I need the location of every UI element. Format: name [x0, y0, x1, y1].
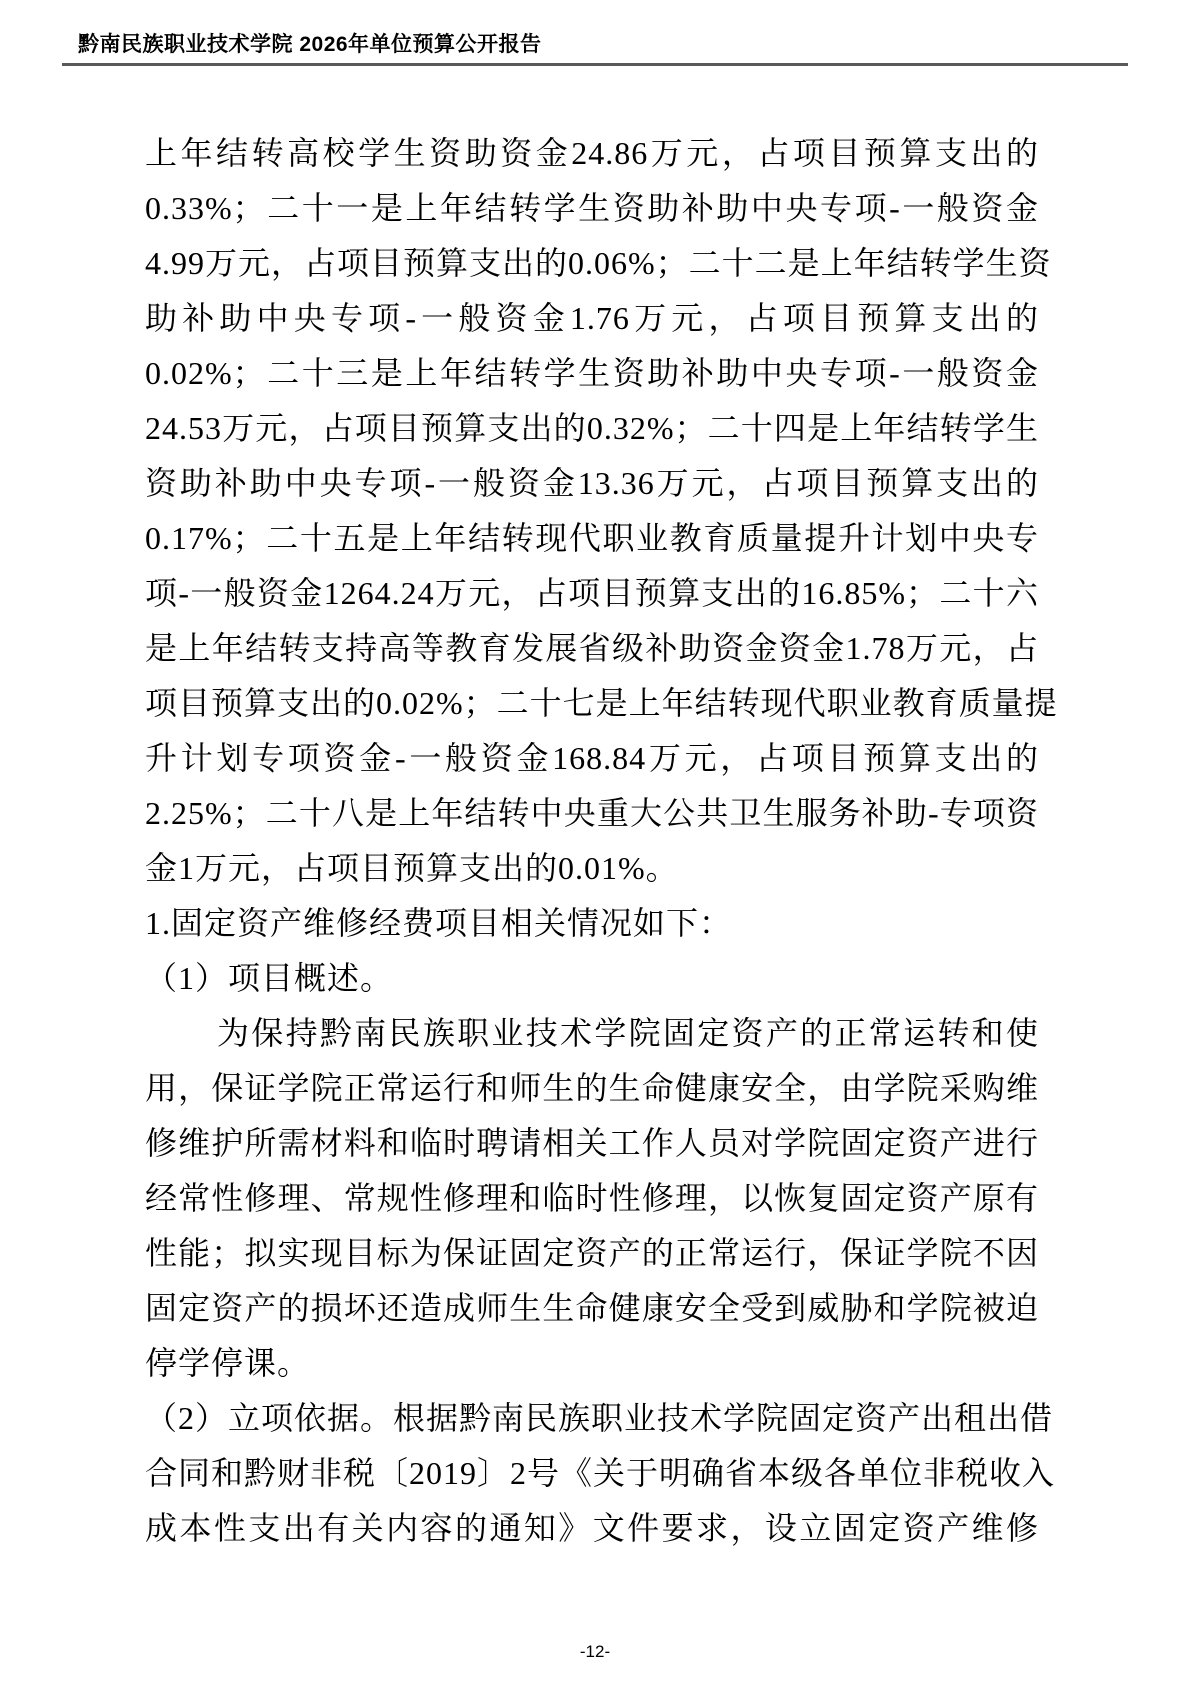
body-line: （1）项目概述。 [145, 951, 1039, 1006]
body-line: 经常性修理、常规性修理和临时性修理，以恢复固定资产原有 [145, 1171, 1039, 1226]
body-line: 0.33%；二十一是上年结转学生资助补助中央专项-一般资金 [145, 181, 1039, 236]
body-line: 合同和黔财非税〔2019〕2号《关于明确省本级各单位非税收入 [145, 1446, 1039, 1501]
page-number: -12- [580, 1642, 610, 1661]
body-line: 0.17%；二十五是上年结转现代职业教育质量提升计划中央专 [145, 511, 1039, 566]
body-line: 项目预算支出的0.02%；二十七是上年结转现代职业教育质量提 [145, 676, 1039, 731]
body-line: 是上年结转支持高等教育发展省级补助资金资金1.78万元，占 [145, 621, 1039, 676]
body-line: 为保持黔南民族职业技术学院固定资产的正常运转和使 [145, 1006, 1039, 1061]
body-line: 金1万元，占项目预算支出的0.01%。 [145, 841, 1039, 896]
body-line: （2）立项依据。根据黔南民族职业技术学院固定资产出租出借 [145, 1391, 1039, 1446]
body-line: 项-一般资金1264.24万元，占项目预算支出的16.85%；二十六 [145, 566, 1039, 621]
body-line: 性能；拟实现目标为保证固定资产的正常运行，保证学院不因 [145, 1226, 1039, 1281]
page-footer: -12- [0, 1642, 1190, 1662]
body-line: 成本性支出有关内容的通知》文件要求，设立固定资产维修 [145, 1501, 1039, 1556]
body-line: 修维护所需材料和临时聘请相关工作人员对学院固定资产进行 [145, 1116, 1039, 1171]
body-line: 1.固定资产维修经费项目相关情况如下： [145, 896, 1039, 951]
document-page: 黔南民族职业技术学院 2026年单位预算公开报告 上年结转高校学生资助资金24.… [0, 0, 1190, 1684]
body-line: 助补助中央专项-一般资金1.76万元，占项目预算支出的 [145, 291, 1039, 346]
body-line: 4.99万元，占项目预算支出的0.06%；二十二是上年结转学生资 [145, 236, 1039, 291]
document-body: 上年结转高校学生资助资金24.86万元，占项目预算支出的0.33%；二十一是上年… [145, 126, 1039, 1556]
header-title: 黔南民族职业技术学院 2026年单位预算公开报告 [62, 28, 1128, 58]
body-line: 2.25%；二十八是上年结转中央重大公共卫生服务补助-专项资 [145, 786, 1039, 841]
page-header: 黔南民族职业技术学院 2026年单位预算公开报告 [62, 28, 1128, 66]
header-rule [62, 63, 1128, 66]
body-line: 用，保证学院正常运行和师生的生命健康安全，由学院采购维 [145, 1061, 1039, 1116]
body-line: 固定资产的损坏还造成师生生命健康安全受到威胁和学院被迫 [145, 1281, 1039, 1336]
body-line: 资助补助中央专项-一般资金13.36万元，占项目预算支出的 [145, 456, 1039, 511]
body-line: 停学停课。 [145, 1336, 1039, 1391]
body-line: 升计划专项资金-一般资金168.84万元，占项目预算支出的 [145, 731, 1039, 786]
body-line: 上年结转高校学生资助资金24.86万元，占项目预算支出的 [145, 126, 1039, 181]
body-line: 0.02%；二十三是上年结转学生资助补助中央专项-一般资金 [145, 346, 1039, 401]
body-line: 24.53万元，占项目预算支出的0.32%；二十四是上年结转学生 [145, 401, 1039, 456]
